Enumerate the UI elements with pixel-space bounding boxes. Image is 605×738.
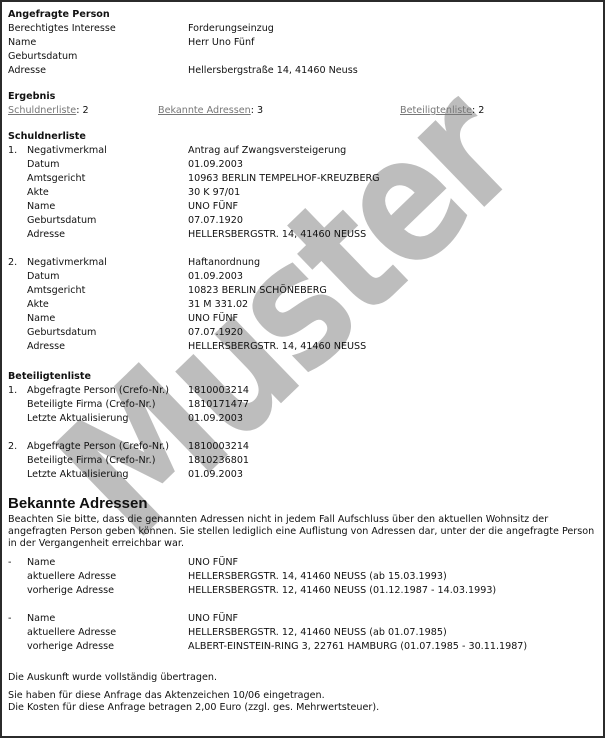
entry-row: vorherige AdresseHELLERSBERGSTR. 12, 414… [8, 584, 597, 598]
field-value: UNO FÜNF [188, 556, 597, 570]
entry-number [8, 312, 27, 326]
field-label: Amtsgericht [27, 172, 188, 186]
entry-number [8, 326, 27, 340]
entry-number [8, 570, 27, 584]
entry-number [8, 200, 27, 214]
report-footer: Die Auskunft wurde vollständig übertrage… [8, 672, 597, 714]
field-value: 1810236801 [188, 454, 597, 468]
section-heading: Ergebnis [8, 90, 597, 104]
entry-number [8, 214, 27, 228]
address-note: Beachten Sie bitte, dass die genannten A… [8, 514, 600, 550]
field-label: Berechtigtes Interesse [8, 22, 188, 36]
field-value: Hellersbergstraße 14, 41460 Neuss [188, 64, 597, 78]
link-beteiligtenliste[interactable]: Beteiligtenliste [400, 105, 472, 116]
entry-row: Datum01.09.2003 [8, 158, 597, 172]
field-label: Letzte Aktualisierung [27, 412, 188, 426]
field-value: HELLERSBERGSTR. 14, 41460 NEUSS (ab 15.0… [188, 570, 597, 584]
entry-number [8, 186, 27, 200]
field-label: Akte [27, 186, 188, 200]
field-label: vorherige Adresse [27, 640, 188, 654]
beteiligte-entries: 1.Abgefragte Person (Crefo-Nr.)181000321… [8, 384, 597, 490]
count: : 3 [251, 105, 263, 116]
field-label: Adresse [27, 340, 188, 354]
field-value: 01.09.2003 [188, 412, 597, 426]
entry-number [8, 640, 27, 654]
field-value: HELLERSBERGSTR. 12, 41460 NEUSS (ab 01.0… [188, 626, 597, 640]
field-label: aktuellere Adresse [27, 570, 188, 584]
entry-number: 2. [8, 256, 27, 270]
entry-number [8, 340, 27, 354]
field-label: Amtsgericht [27, 284, 188, 298]
field-label: Adresse [8, 64, 188, 78]
aktenzeichen-note: Sie haben für diese Anfrage das Aktenzei… [8, 690, 597, 702]
entry-number [8, 454, 27, 468]
field-label: Name [27, 556, 188, 570]
entry-row: Geburtsdatum07.07.1920 [8, 214, 597, 228]
entry-row: NameUNO FÜNF [8, 312, 597, 326]
schuldner-entries: 1.NegativmerkmalAntrag auf Zwangsverstei… [8, 144, 597, 368]
section-ergebnis: Ergebnis Schuldnerliste: 2 Bekannte Adre… [8, 90, 597, 118]
entry-number [8, 228, 27, 242]
field-value: 07.07.1920 [188, 214, 597, 228]
entry-number [8, 398, 27, 412]
ergebnis-item: Schuldnerliste: 2 [8, 104, 158, 118]
field-label: Akte [27, 298, 188, 312]
field-label: Letzte Aktualisierung [27, 468, 188, 482]
section-heading: Schuldnerliste [8, 130, 597, 144]
field-value: 01.09.2003 [188, 158, 597, 172]
field-label: aktuellere Adresse [27, 626, 188, 640]
report-frame: Muster Angefragte Person Berechtigtes In… [0, 0, 605, 738]
entry-number [8, 468, 27, 482]
field-value: HELLERSBERGSTR. 12, 41460 NEUSS (01.12.1… [188, 584, 597, 598]
field-label: vorherige Adresse [27, 584, 188, 598]
field-value: 1810003214 [188, 440, 597, 454]
entry-row: NameUNO FÜNF [8, 200, 597, 214]
entry-row: Beteiligte Firma (Crefo-Nr.)1810236801 [8, 454, 597, 468]
entry-row: -NameUNO FÜNF [8, 556, 597, 570]
section-heading-large: Bekannte Adressen [8, 494, 597, 514]
field-label: Abgefragte Person (Crefo-Nr.) [27, 440, 188, 454]
entry-number: 1. [8, 144, 27, 158]
info-row: Berechtigtes InteresseForderungseinzug [8, 22, 597, 36]
field-value: 31 M 331.02 [188, 298, 597, 312]
section-beteiligtenliste: Beteiligtenliste 1.Abgefragte Person (Cr… [8, 370, 597, 490]
entry-row: 2.Abgefragte Person (Crefo-Nr.)181000321… [8, 440, 597, 454]
field-value: ALBERT-EINSTEIN-RING 3, 22761 HAMBURG (0… [188, 640, 597, 654]
entry-number [8, 298, 27, 312]
count: : 2 [76, 105, 88, 116]
entry-row: Letzte Aktualisierung01.09.2003 [8, 468, 597, 482]
field-label: Negativmerkmal [27, 256, 188, 270]
field-value: 10963 BERLIN TEMPELHOF-KREUZBERG [188, 172, 597, 186]
report-content: Angefragte Person Berechtigtes Interesse… [8, 8, 597, 714]
entry-number [8, 158, 27, 172]
field-value: Forderungseinzug [188, 22, 597, 36]
entry-row: AdresseHELLERSBERGSTR. 14, 41460 NEUSS [8, 228, 597, 242]
field-label: Name [27, 312, 188, 326]
field-value: 30 K 97/01 [188, 186, 597, 200]
field-value: HELLERSBERGSTR. 14, 41460 NEUSS [188, 228, 597, 242]
field-value: 1810003214 [188, 384, 597, 398]
section-schuldnerliste: Schuldnerliste 1.NegativmerkmalAntrag au… [8, 130, 597, 368]
ergebnis-links: Schuldnerliste: 2 Bekannte Adressen: 3 B… [8, 104, 597, 118]
info-row: AdresseHellersbergstraße 14, 41460 Neuss [8, 64, 597, 78]
entry-row: Amtsgericht10963 BERLIN TEMPELHOF-KREUZB… [8, 172, 597, 186]
entry-row: vorherige AdresseALBERT-EINSTEIN-RING 3,… [8, 640, 597, 654]
count: : 2 [472, 105, 484, 116]
ergebnis-item: Bekannte Adressen: 3 [158, 104, 400, 118]
entry-row: Beteiligte Firma (Crefo-Nr.)1810171477 [8, 398, 597, 412]
field-label: Datum [27, 158, 188, 172]
field-value: 01.09.2003 [188, 468, 597, 482]
field-label: Name [27, 200, 188, 214]
field-label: Geburtsdatum [27, 326, 188, 340]
field-value: Antrag auf Zwangsversteigerung [188, 144, 597, 158]
entry-number [8, 584, 27, 598]
entry-number: - [8, 612, 27, 626]
entry-number: - [8, 556, 27, 570]
entry-number [8, 270, 27, 284]
entry-row: Datum01.09.2003 [8, 270, 597, 284]
info-row: NameHerr Uno Fünf [8, 36, 597, 50]
info-row: Geburtsdatum [8, 50, 597, 64]
field-value: 01.09.2003 [188, 270, 597, 284]
entry-row: Amtsgericht10823 BERLIN SCHÖNEBERG [8, 284, 597, 298]
field-label: Beteiligte Firma (Crefo-Nr.) [27, 454, 188, 468]
link-bekannte-adressen[interactable]: Bekannte Adressen [158, 105, 251, 116]
field-value: 10823 BERLIN SCHÖNEBERG [188, 284, 597, 298]
entry-row: aktuellere AdresseHELLERSBERGSTR. 12, 41… [8, 626, 597, 640]
entry-number [8, 172, 27, 186]
ergebnis-item: Beteiligtenliste: 2 [400, 104, 484, 118]
entry-number [8, 626, 27, 640]
field-value: UNO FÜNF [188, 200, 597, 214]
field-value: UNO FÜNF [188, 312, 597, 326]
field-label: Name [27, 612, 188, 626]
entry-row: AdresseHELLERSBERGSTR. 14, 41460 NEUSS [8, 340, 597, 354]
section-heading: Beteiligtenliste [8, 370, 597, 384]
field-label: Negativmerkmal [27, 144, 188, 158]
section-bekannte-adressen: Bekannte Adressen Beachten Sie bitte, da… [8, 494, 597, 668]
entry-row: -NameUNO FÜNF [8, 612, 597, 626]
entry-number: 2. [8, 440, 27, 454]
entry-number: 1. [8, 384, 27, 398]
field-value: Herr Uno Fünf [188, 36, 597, 50]
entry-row: Letzte Aktualisierung01.09.2003 [8, 412, 597, 426]
entry-row: aktuellere AdresseHELLERSBERGSTR. 14, 41… [8, 570, 597, 584]
transfer-status: Die Auskunft wurde vollständig übertrage… [8, 672, 597, 684]
entry-row: Akte31 M 331.02 [8, 298, 597, 312]
entry-row: Akte30 K 97/01 [8, 186, 597, 200]
field-label: Abgefragte Person (Crefo-Nr.) [27, 384, 188, 398]
address-entries: -NameUNO FÜNFaktuellere AdresseHELLERSBE… [8, 556, 597, 668]
field-label: Datum [27, 270, 188, 284]
section-heading: Angefragte Person [8, 8, 597, 22]
field-label: Adresse [27, 228, 188, 242]
field-label: Name [8, 36, 188, 50]
entry-number [8, 412, 27, 426]
field-label: Geburtsdatum [8, 50, 188, 64]
section-angefragte-person: Angefragte Person Berechtigtes Interesse… [8, 8, 597, 78]
entry-row: Geburtsdatum07.07.1920 [8, 326, 597, 340]
field-value: UNO FÜNF [188, 612, 597, 626]
entry-number [8, 284, 27, 298]
field-value: 1810171477 [188, 398, 597, 412]
field-value: Haftanordnung [188, 256, 597, 270]
entry-row: 1.Abgefragte Person (Crefo-Nr.)181000321… [8, 384, 597, 398]
field-value: 07.07.1920 [188, 326, 597, 340]
entry-row: 1.NegativmerkmalAntrag auf Zwangsverstei… [8, 144, 597, 158]
field-value [188, 50, 597, 64]
field-value: HELLERSBERGSTR. 14, 41460 NEUSS [188, 340, 597, 354]
field-label: Beteiligte Firma (Crefo-Nr.) [27, 398, 188, 412]
link-schuldnerliste[interactable]: Schuldnerliste [8, 105, 76, 116]
entry-row: 2.NegativmerkmalHaftanordnung [8, 256, 597, 270]
cost-note: Die Kosten für diese Anfrage betragen 2,… [8, 702, 597, 714]
field-label: Geburtsdatum [27, 214, 188, 228]
